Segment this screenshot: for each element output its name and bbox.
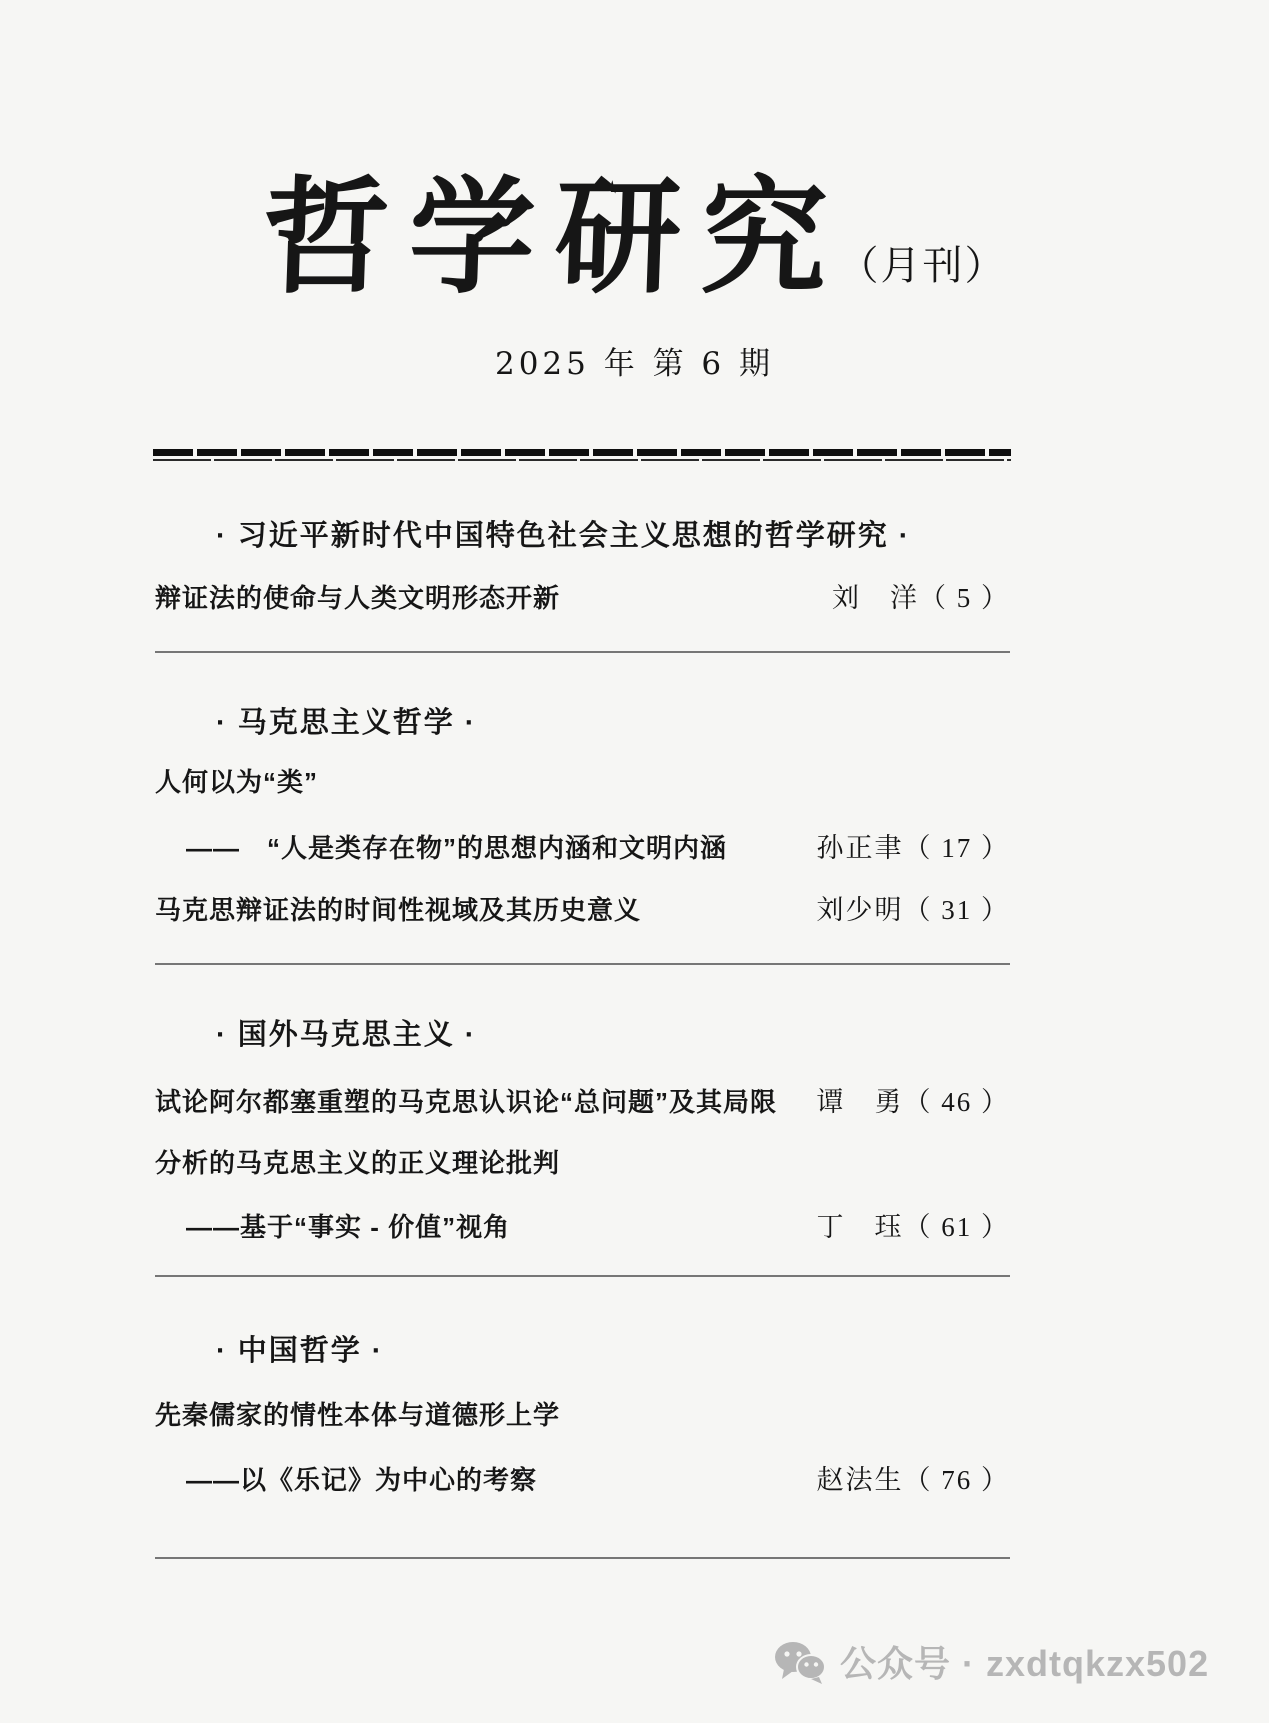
article-author: 刘 洋: [832, 583, 919, 613]
article-title: 分析的马克思主义的正义理论批判: [155, 1143, 560, 1180]
article-title: 马克思辩证法的时间性视域及其历史意义: [155, 890, 641, 927]
section-header-marxist-philosophy: · 马克思主义哲学 ·: [216, 700, 476, 741]
article-byline: 刘少明（ 31 ）: [817, 888, 1011, 927]
article-author: 丁 珏: [817, 1212, 904, 1242]
section-divider: [155, 1275, 1010, 1277]
watermark: 公众号 · zxdtqkzx502: [772, 1636, 1209, 1687]
article-byline: 丁 珏（ 61 ）: [817, 1205, 1011, 1244]
article-author: 赵法生: [817, 1465, 904, 1495]
article-title: 辩证法的使命与人类文明形态开新: [155, 578, 560, 615]
article-page: （ 46 ）: [904, 1087, 1011, 1117]
article-byline: 刘 洋（ 5 ）: [832, 576, 1010, 615]
article-title: 试论阿尔都塞重塑的马克思认识论“总问题”及其局限: [155, 1082, 777, 1119]
journal-subtitle: （月刊）: [839, 234, 1007, 307]
toc-row: 分析的马克思主义的正义理论批判: [155, 1143, 1010, 1180]
journal-title: 哲学研究: [260, 168, 849, 307]
article-byline: 谭 勇（ 46 ）: [817, 1080, 1011, 1119]
article-byline: 赵法生（ 76 ）: [817, 1458, 1011, 1497]
article-page: （ 76 ）: [904, 1465, 1011, 1495]
article-author: 刘少明: [817, 895, 904, 925]
article-subtitle: —— “人是类存在物”的思想内涵和文明内涵: [186, 828, 727, 865]
article-title: 人何以为“类”: [155, 762, 318, 799]
article-author: 孙正聿: [817, 833, 904, 863]
watermark-label: 公众号 · zxdtqkzx502: [840, 1636, 1209, 1687]
issue-line: 2025 年 第 6 期: [0, 338, 1269, 383]
masthead: 哲学研究 （月刊）: [0, 168, 1269, 307]
double-rule-thin: [153, 459, 1011, 461]
article-page: （ 17 ）: [904, 833, 1011, 863]
section-header-xi-thought: · 习近平新时代中国特色社会主义思想的哲学研究 ·: [216, 513, 910, 554]
double-rule-thick: [153, 449, 1011, 456]
toc-row: 试论阿尔都塞重塑的马克思认识论“总问题”及其局限 谭 勇（ 46 ）: [155, 1080, 1010, 1119]
article-page: （ 61 ）: [904, 1212, 1011, 1242]
section-divider: [155, 1557, 1010, 1559]
section-header-chinese-philosophy: · 中国哲学 ·: [216, 1328, 383, 1369]
article-byline: 孙正聿（ 17 ）: [817, 826, 1011, 865]
article-title: 先秦儒家的情性本体与道德形上学: [155, 1395, 560, 1432]
section-divider: [155, 963, 1010, 965]
toc-row: 先秦儒家的情性本体与道德形上学: [155, 1395, 1010, 1432]
toc-row: 人何以为“类”: [155, 762, 1010, 799]
article-subtitle: ——基于“事实 - 价值”视角: [186, 1207, 510, 1244]
toc-row: ——基于“事实 - 价值”视角 丁 珏（ 61 ）: [155, 1205, 1010, 1244]
section-divider: [155, 651, 1010, 653]
article-page: （ 5 ）: [919, 583, 1010, 613]
toc-row: 马克思辩证法的时间性视域及其历史意义 刘少明（ 31 ）: [155, 888, 1010, 927]
article-subtitle: ——以《乐记》为中心的考察: [186, 1460, 537, 1497]
journal-toc-page: 哲学研究 （月刊） 2025 年 第 6 期 · 习近平新时代中国特色社会主义思…: [0, 0, 1269, 1723]
section-header-foreign-marxism: · 国外马克思主义 ·: [216, 1012, 476, 1053]
article-author: 谭 勇: [817, 1087, 904, 1117]
toc-row: 辩证法的使命与人类文明形态开新 刘 洋（ 5 ）: [155, 576, 1010, 615]
double-rule: [153, 449, 1011, 463]
toc-row: ——以《乐记》为中心的考察 赵法生（ 76 ）: [155, 1458, 1010, 1497]
article-page: （ 31 ）: [904, 895, 1011, 925]
wechat-icon: [772, 1639, 828, 1685]
toc-row: —— “人是类存在物”的思想内涵和文明内涵 孙正聿（ 17 ）: [155, 826, 1010, 865]
